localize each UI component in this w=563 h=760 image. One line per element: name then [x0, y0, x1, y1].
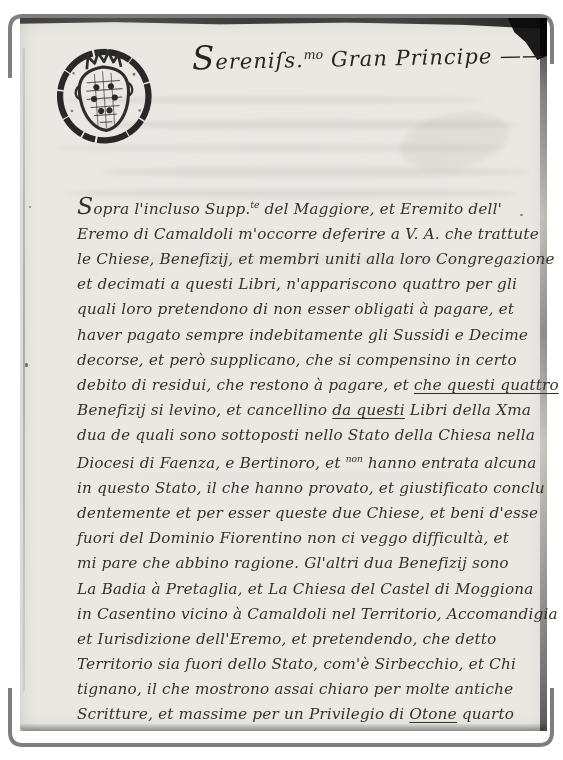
manuscript-line: fuori del Dominio Fiorentino non ci vegg…	[77, 526, 529, 551]
manuscript-line: Territorio sia fuori dello Stato, com'è …	[77, 652, 529, 677]
manuscript-line: Eremo di Camaldoli m'occorre deferire a …	[77, 222, 529, 247]
manuscript-line: tignano, il che mostrono assai chiaro pe…	[77, 677, 529, 702]
manuscript-line: Scritture, et massime per un Privilegio …	[77, 702, 529, 727]
manuscript-line: Benefizij si levino, et cancellino da qu…	[77, 398, 529, 423]
page-top-edge-shadow	[20, 18, 547, 29]
page-right-edge-shadow	[540, 18, 547, 731]
manuscript-line: quali loro pretendono di non esser oblig…	[77, 297, 529, 322]
manuscript-heading: Sereniſs.mo Gran Principe ——	[192, 33, 523, 78]
manuscript-line: dua de quali sono sottoposti nello Stato…	[77, 423, 529, 448]
manuscript-line: haver pagato sempre indebitamente gli Su…	[77, 323, 529, 348]
page-left-edge-line	[23, 48, 25, 691]
manuscript-line: La Badia à Pretaglia, et La Chiesa del C…	[77, 577, 529, 602]
manuscript-line: debito di residui, che restono à pagare,…	[77, 373, 529, 398]
ink-speck	[25, 363, 28, 367]
manuscript-line: in questo Stato, il che hanno provato, e…	[77, 476, 529, 501]
bleedthrough-smudge	[395, 102, 514, 179]
manuscript-line: le Chiese, Benefizij, et membri uniti al…	[77, 247, 529, 272]
manuscript-line: et Iurisdizione dell'Eremo, et pretenden…	[77, 627, 529, 652]
manuscript-line: dentemente et per esser queste due Chies…	[77, 501, 529, 526]
seal-stamp-icon	[48, 36, 159, 147]
manuscript-line: mi pare che abbino ragione. Gl'altri dua…	[77, 551, 529, 576]
manuscript-page: Sereniſs.mo Gran Principe —— Sopra l'inc…	[20, 18, 547, 731]
manuscript-body: Sopra l'incluso Supp.te del Maggiore, et…	[77, 194, 529, 727]
manuscript-line: et decimati a questi Libri, n'appariscon…	[77, 272, 529, 297]
manuscript-line: decorse, et però supplicano, che si comp…	[77, 348, 529, 373]
manuscript-line: Diocesi di Faenza, e Bertinoro, et non h…	[77, 448, 529, 476]
manuscript-line: in Casentino vicino à Camaldoli nel Terr…	[77, 602, 529, 627]
bleedthrough-smudge	[55, 144, 505, 152]
ink-speck	[29, 206, 31, 208]
manuscript-line: Sopra l'incluso Supp.te del Maggiore, et…	[77, 194, 529, 222]
bleedthrough-smudge	[100, 167, 530, 177]
